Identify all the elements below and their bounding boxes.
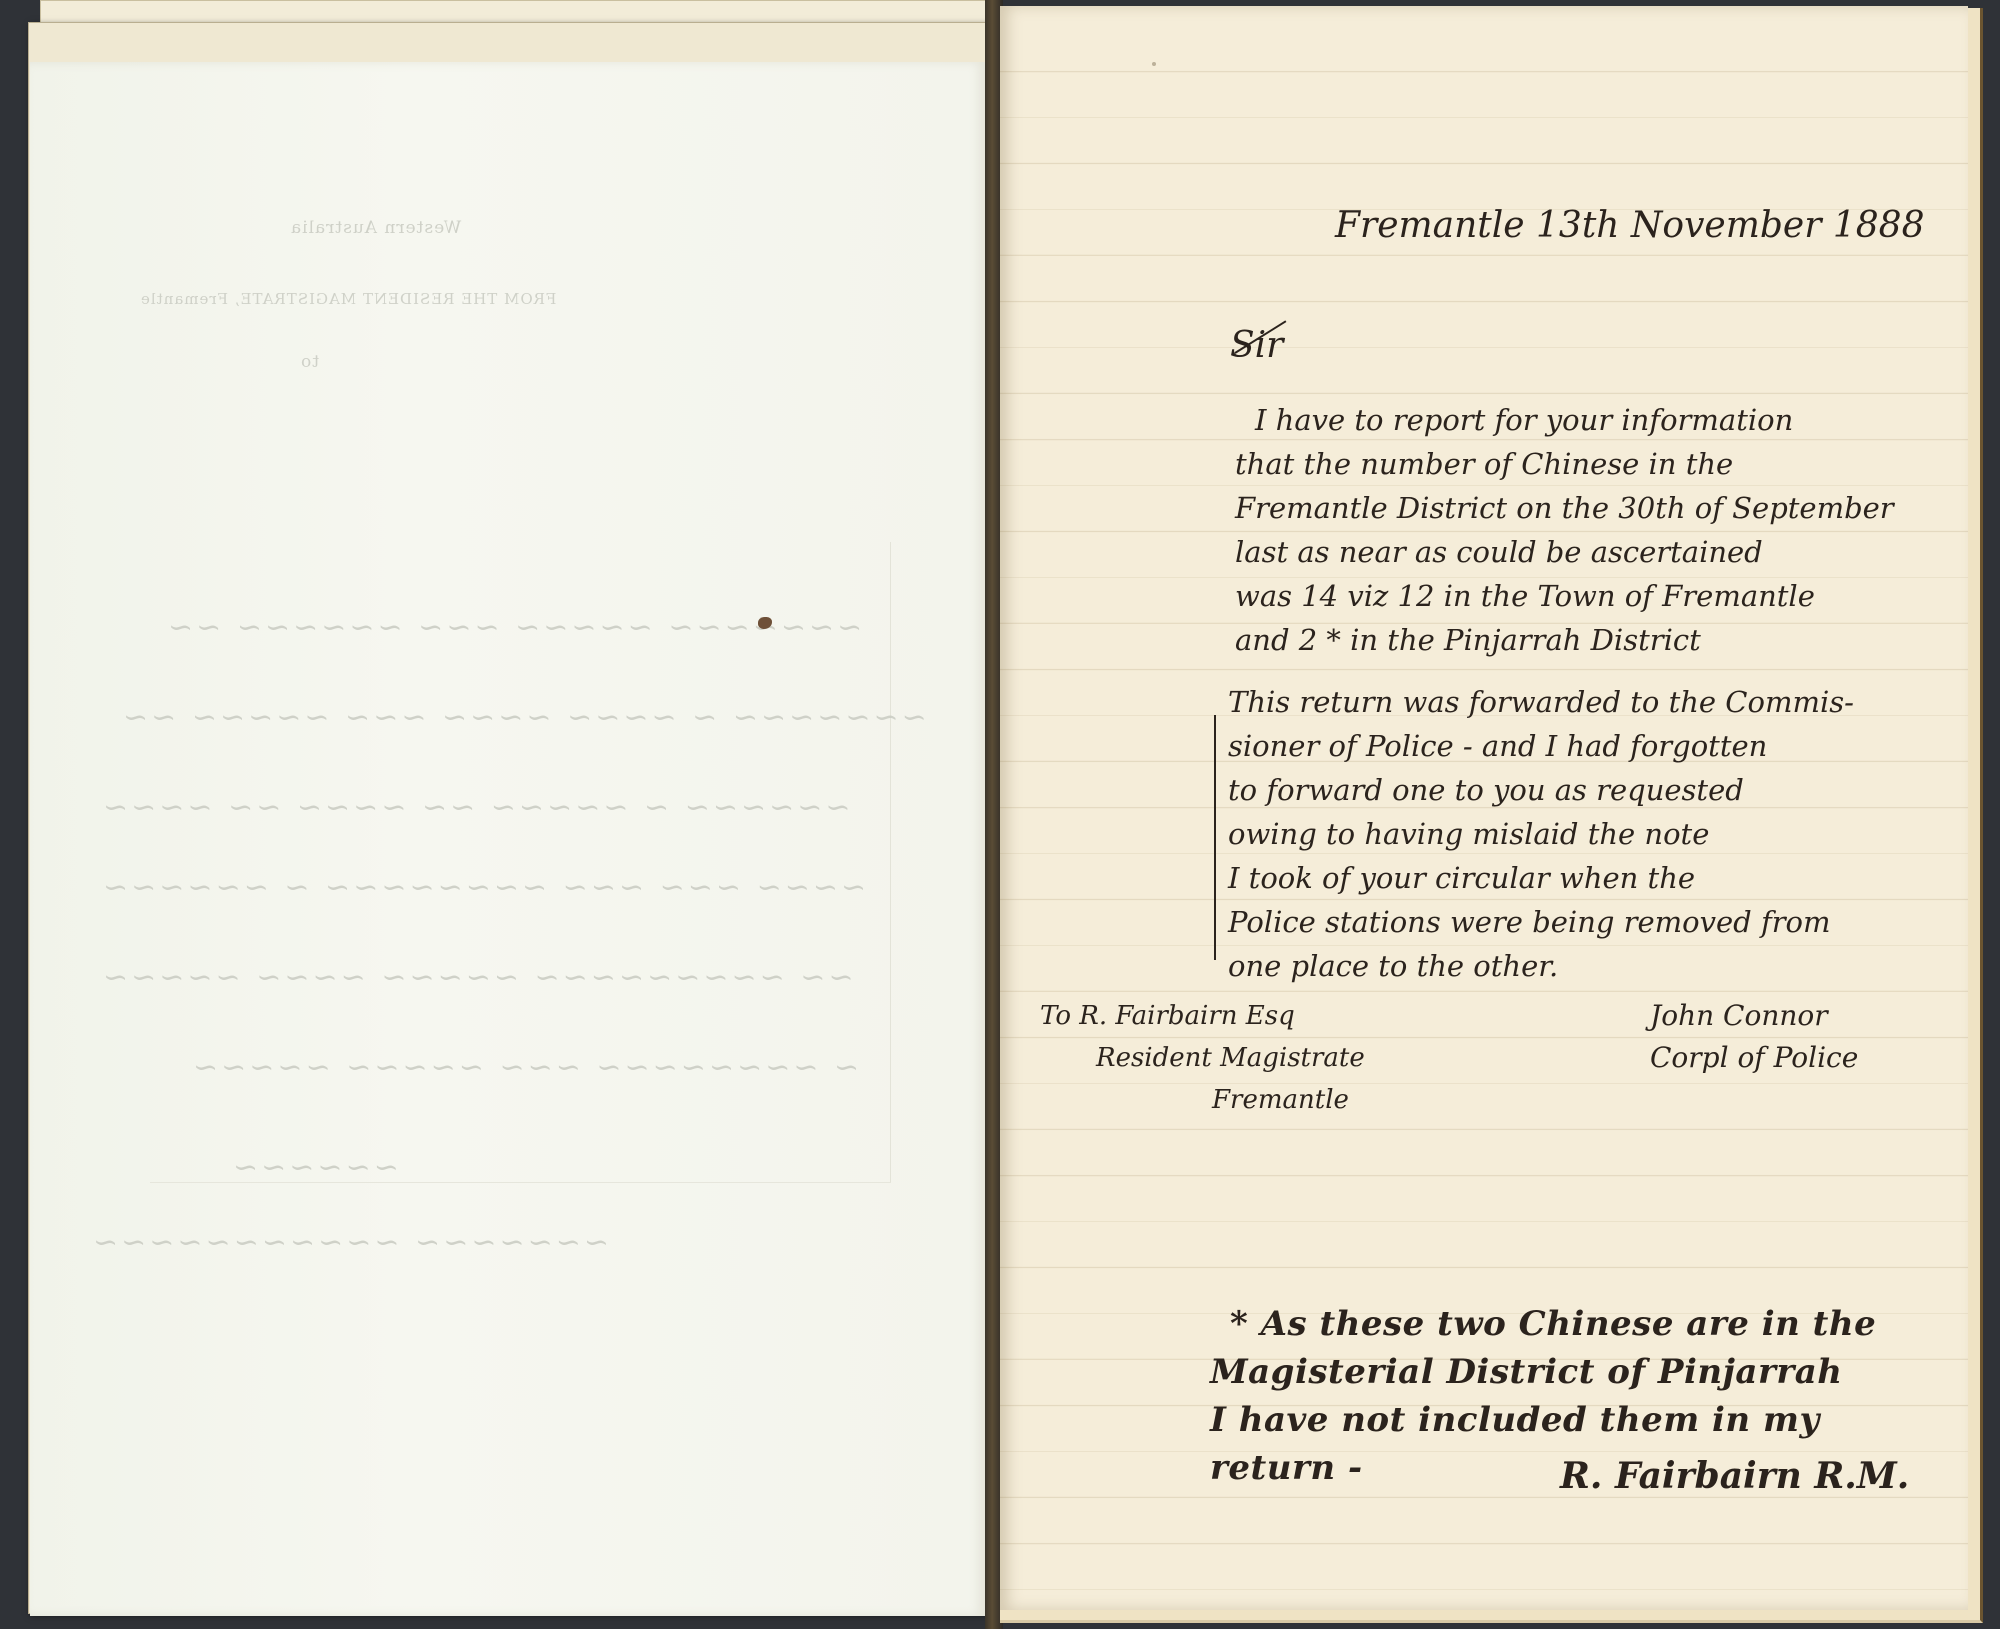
bleed-signature: ~~~~~~: [230, 1150, 399, 1185]
bleed-line: ~~ ~~~~~~~~~ ~~~~~ ~~~~ ~~~~~: [100, 960, 854, 995]
margin-bracket: [1214, 715, 1216, 960]
letter-salutation: Sir: [1230, 325, 1283, 366]
addressee-place: Fremantle: [1040, 1079, 1365, 1121]
bleed-to: to: [300, 352, 319, 372]
paragraph-line: was 14 viz 12 in the Town of Fremantle: [1235, 574, 1894, 618]
bleed-line: ~ ~~~~~~~~ ~~~ ~~~~~ ~~~~~: [190, 1050, 859, 1085]
letter-paragraph-1: I have to report for your information th…: [1235, 398, 1894, 662]
letter-paragraph-2: This return was forwarded to the Commis-…: [1228, 680, 1854, 988]
paragraph-line: Fremantle District on the 30th of Septem…: [1235, 486, 1894, 530]
addressee-title: Resident Magistrate: [1040, 1037, 1365, 1079]
bleed-from-line: FROM THE RESIDENT MAGISTRATE, Fremantle: [140, 290, 556, 308]
paragraph-line: sioner of Police - and I had forgotten: [1228, 724, 1854, 768]
footnote-line: Magisterial District of Pinjarrah: [1210, 1348, 1876, 1396]
bleed-line: ~~~~~~ ~ ~~~~~ ~~ ~~~~ ~~ ~~~~: [100, 790, 851, 825]
pin-hole: [1152, 62, 1156, 66]
paragraph-line: Police stations were being removed from: [1228, 900, 1854, 944]
signer-name: John Connor: [1650, 995, 1858, 1037]
footnote-signature: R. Fairbairn R.M.: [1560, 1455, 1909, 1497]
paragraph-line: to forward one to you as requested: [1228, 768, 1854, 812]
paragraph-line: and 2 * in the Pinjarrah District: [1235, 618, 1894, 662]
letter-date: Fremantle 13th November 1888: [1335, 205, 1924, 246]
paragraph-line: owing to having mislaid the note: [1228, 812, 1854, 856]
footnote-line: I have not included them in my: [1210, 1396, 1876, 1444]
addressee-name: To R. Fairbairn Esq: [1040, 995, 1365, 1037]
addressee-block: To R. Fairbairn Esq Resident Magistrate …: [1040, 995, 1365, 1121]
paragraph-line: I have to report for your information: [1235, 398, 1894, 442]
paragraph-line: This return was forwarded to the Commis-: [1228, 680, 1854, 724]
signature-block: John Connor Corpl of Police: [1650, 995, 1858, 1079]
paragraph-line: last as near as could be ascertained: [1235, 530, 1894, 574]
paragraph-line: that the number of Chinese in the: [1235, 442, 1894, 486]
signer-title: Corpl of Police: [1650, 1037, 1858, 1079]
bleed-header: Western Australia: [290, 218, 461, 238]
paragraph-line: one place to the other.: [1228, 944, 1854, 988]
bleed-line: ~~~~~~~ ~~~~~ ~~~ ~~~~~~ ~~: [165, 610, 862, 645]
bleed-line: ~~~~ ~~~ ~~~ ~~~~~~~~ ~ ~~~~~~: [100, 870, 866, 905]
paragraph-line: I took of your circular when the: [1228, 856, 1854, 900]
footnote-line: * As these two Chinese are in the: [1210, 1300, 1876, 1348]
bleed-line: ~~~~~~~ ~ ~~~~ ~~~~ ~~~ ~~~~~ ~~: [120, 700, 927, 735]
bleed-title: ~~~~~~~ ~~~~~~~~~~~: [90, 1225, 609, 1260]
